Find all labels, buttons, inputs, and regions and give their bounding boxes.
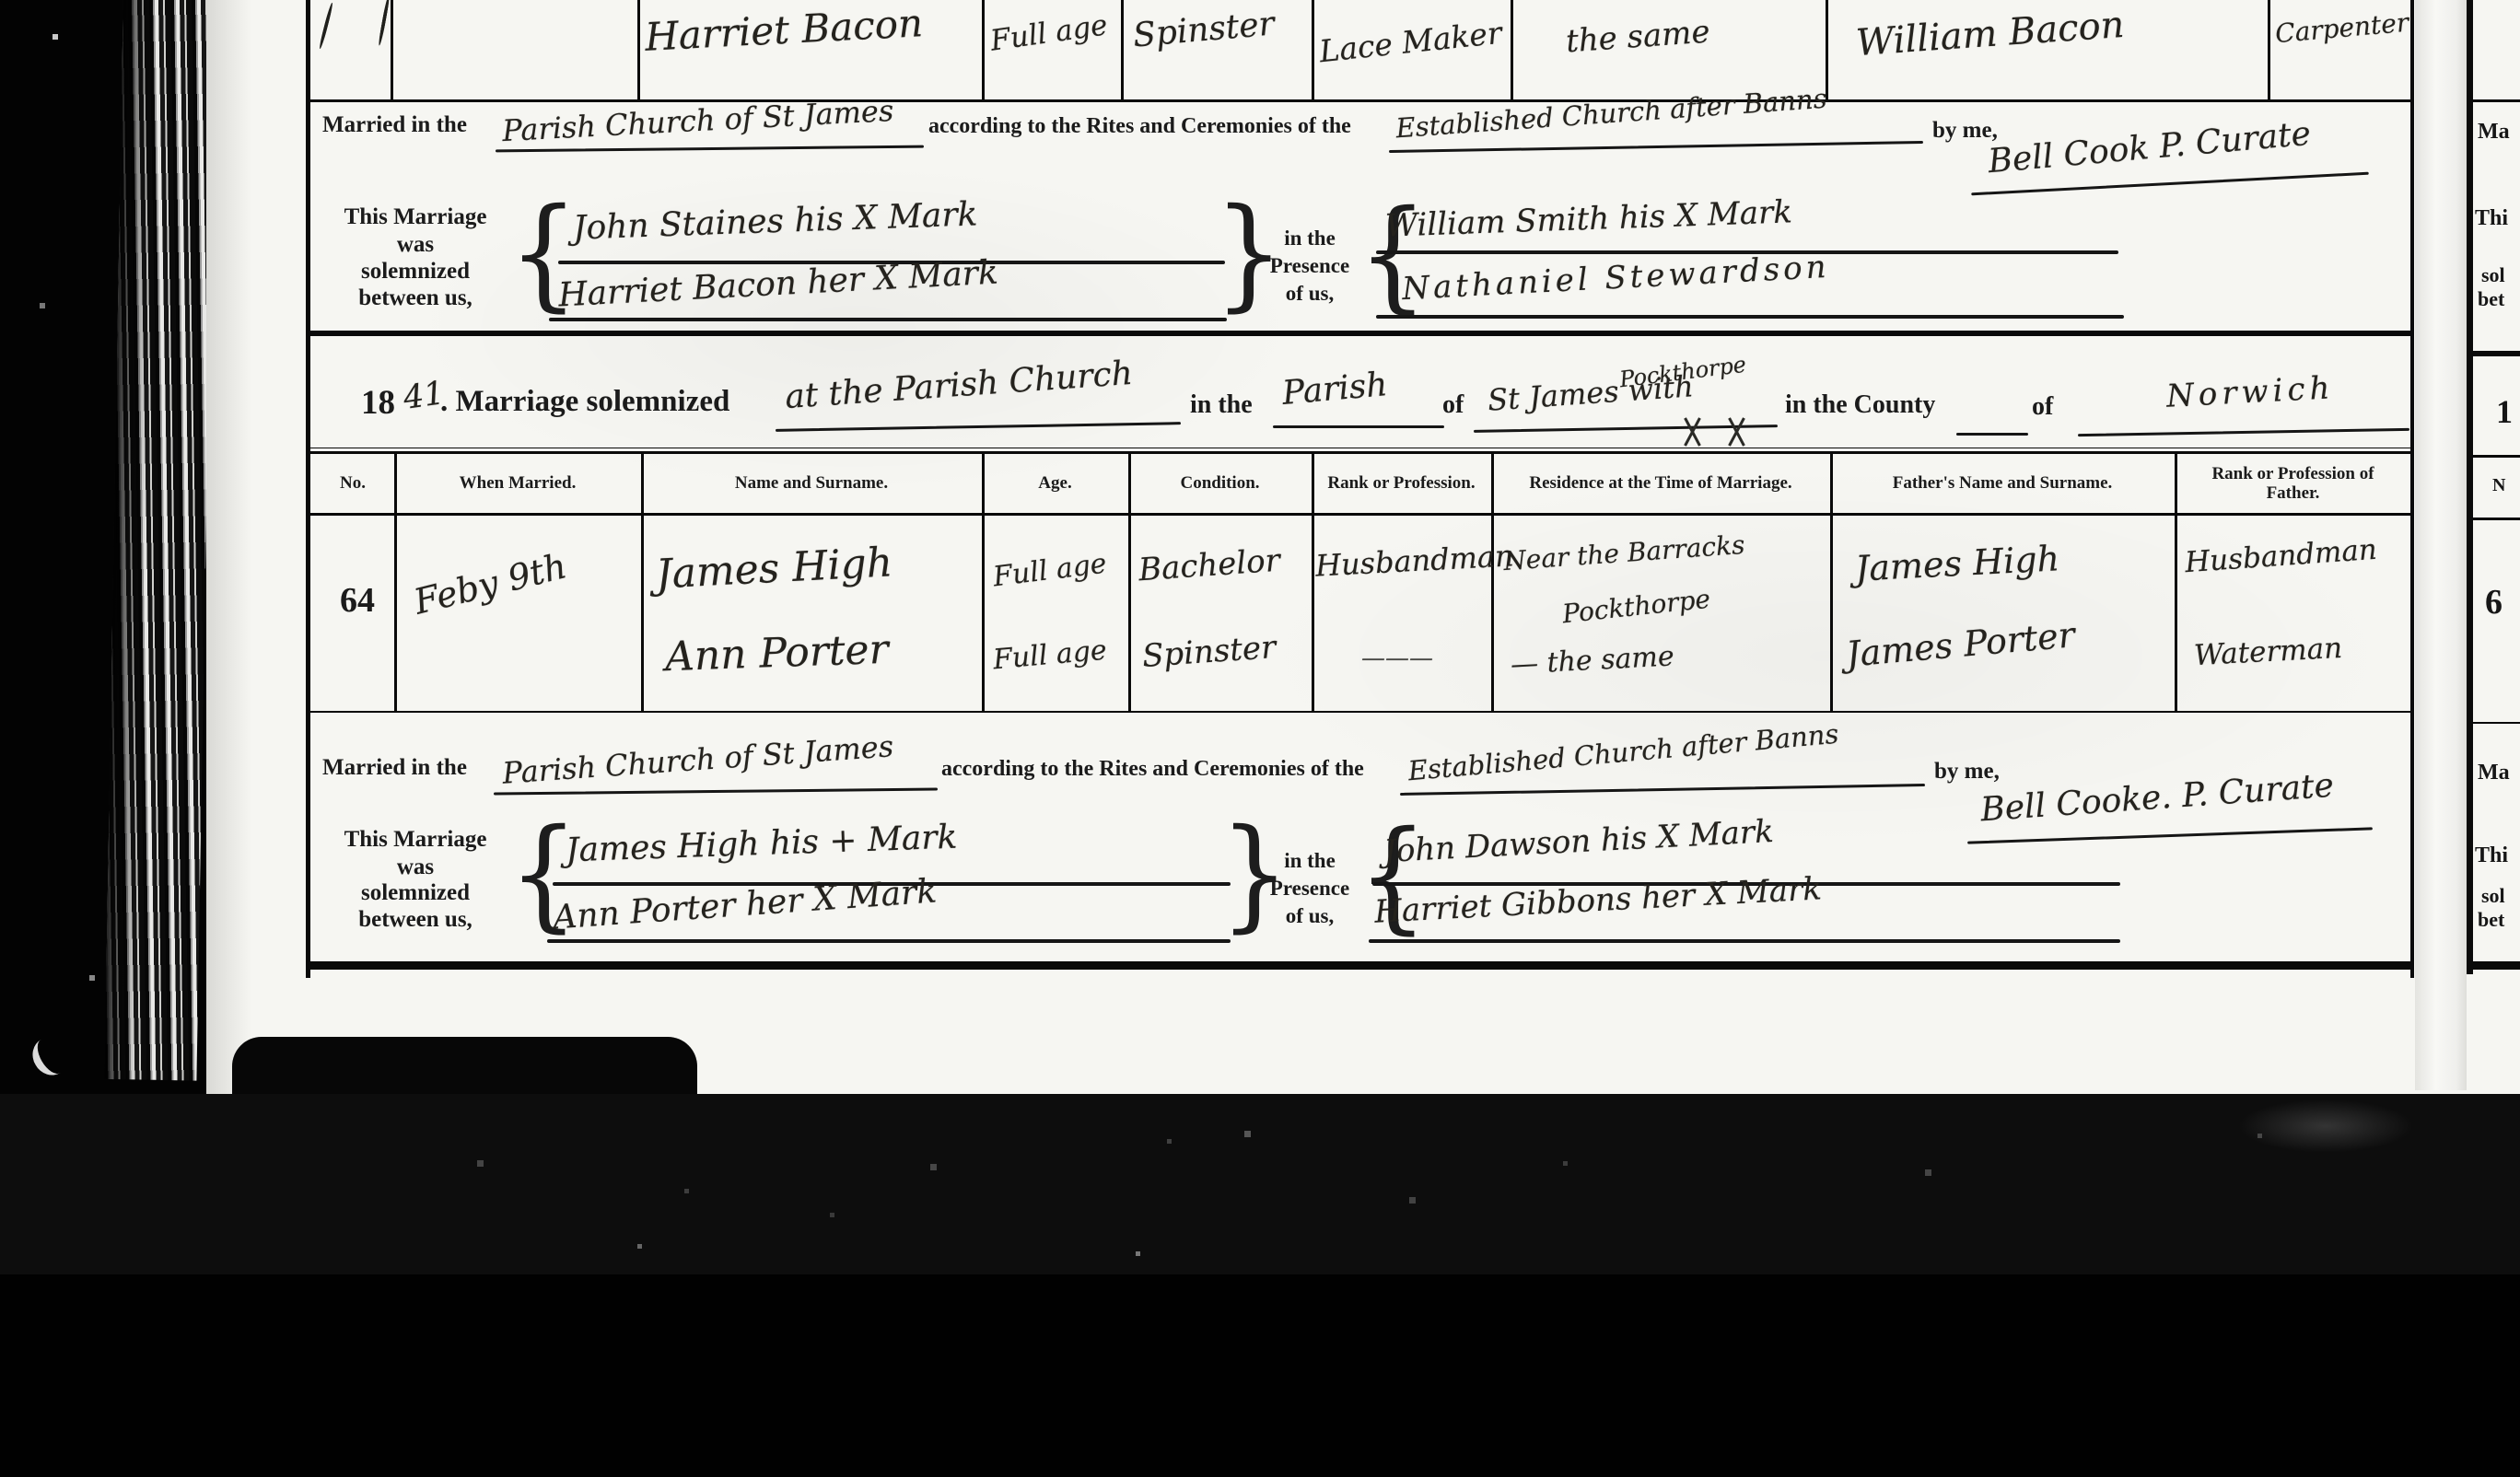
book-edge-glow — [2238, 1099, 2413, 1153]
header-rank-profession: Rank or Profession. — [1312, 453, 1491, 513]
col-divider — [637, 0, 640, 99]
header-father-name: Father's Name and Surname. — [1830, 453, 2175, 513]
right-page-fragment: Thi — [2475, 843, 2508, 868]
presence-label: in the — [1258, 227, 1361, 250]
solemnized-label: was — [315, 232, 516, 258]
header-age: Age. — [982, 453, 1128, 513]
header-no: No. — [311, 453, 394, 513]
header-father-profession: Rank or Profession of Father. — [2175, 453, 2411, 513]
bottom-black-band — [0, 1274, 2520, 1477]
right-page-fragment: Ma — [2478, 120, 2510, 145]
right-page-rule — [2473, 961, 2520, 970]
entry-bottom-rule — [310, 961, 2411, 970]
col-divider — [391, 0, 393, 99]
table-top-rule — [310, 448, 2411, 448]
heading-title: . Marriage solemnized — [440, 385, 729, 419]
col-divider — [1511, 0, 1513, 99]
right-page-fragment: bet — [2478, 287, 2504, 311]
presence-label: Presence — [1258, 877, 1361, 901]
solemnized-label: solemnized — [315, 259, 516, 285]
blank-underline — [1956, 433, 2028, 436]
col-divider — [394, 453, 397, 711]
entry-separator-rule — [310, 331, 2411, 336]
row-bride-profession: ——— — [1361, 645, 1433, 672]
col-divider — [2268, 0, 2270, 99]
solemnized-label: solemnized — [315, 880, 516, 906]
right-page-fragment: Ma — [2478, 761, 2510, 785]
row-bottom-rule — [310, 711, 2411, 713]
paper-left-shade — [206, 0, 263, 1094]
right-page-fragment: 6 — [2485, 582, 2502, 622]
col-divider — [1128, 453, 1131, 711]
scan-speckles-bottom — [0, 0, 3, 3]
right-page-rule — [2473, 99, 2520, 102]
right-page-fragment: 1 — [2496, 392, 2513, 431]
right-page-rule — [2473, 518, 2520, 520]
heading-of: of — [1442, 390, 1464, 420]
heading-of: of — [2032, 392, 2053, 422]
solemnized-label: This Marriage — [315, 827, 516, 853]
right-page-left-border — [2467, 0, 2473, 974]
presence-label: of us, — [1258, 282, 1361, 306]
heading-year-printed: 18 — [361, 383, 395, 423]
row-number: 64 — [324, 580, 391, 621]
col-divider — [1312, 453, 1314, 711]
right-page-rule — [2473, 722, 2520, 724]
right-page-rule — [2473, 351, 2520, 356]
signature-underline — [549, 318, 1227, 321]
col-divider — [641, 453, 644, 711]
rites-label: according to the Rites and Ceremonies of… — [941, 757, 1364, 782]
by-me-label: by me, — [1934, 759, 2000, 785]
row-bottom-rule — [310, 99, 2411, 102]
rites-label: according to the Rites and Ceremonies of… — [928, 114, 1351, 139]
right-page-rule — [2473, 455, 2520, 458]
signature-underline — [1376, 315, 2124, 319]
presence-label: of us, — [1258, 904, 1361, 928]
heading-in-the: in the — [1190, 390, 1253, 420]
presence-label: in the — [1258, 849, 1361, 873]
header-condition: Condition. — [1128, 453, 1312, 513]
right-page-fragment: sol — [2481, 263, 2505, 287]
col-divider — [982, 453, 985, 711]
married-in-label: Married in the — [322, 755, 467, 781]
form-left-border — [306, 0, 310, 978]
right-page-fragment: Thi — [2475, 206, 2508, 231]
book-fore-edge — [104, 0, 216, 1081]
signature-underline — [547, 939, 1231, 943]
bottom-dark-band — [0, 1094, 2520, 1274]
solemnized-label: between us, — [315, 907, 516, 933]
col-divider — [1312, 0, 1314, 99]
married-in-label: Married in the — [322, 112, 467, 138]
row-bride-name: Ann Porter — [664, 626, 889, 680]
solemnized-label: between us, — [315, 285, 516, 311]
col-divider — [1491, 453, 1494, 711]
header-when-married: When Married. — [394, 453, 641, 513]
solemnized-label: was — [315, 855, 516, 880]
by-me-label: by me, — [1932, 118, 1998, 144]
header-bottom-rule — [310, 513, 2411, 516]
signature-underline — [1369, 939, 2120, 943]
col-divider — [982, 0, 985, 99]
register-scan: Harriet Bacon Full age Spinster Lace Mak… — [0, 0, 2520, 1477]
header-name-surname: Name and Surname. — [641, 453, 982, 513]
scanner-mark-crescent — [26, 1030, 76, 1081]
right-page-fragment: sol — [2481, 884, 2505, 908]
solemnized-label: This Marriage — [315, 204, 516, 230]
presence-label: Presence — [1258, 254, 1361, 278]
right-page-fragment: N — [2492, 475, 2505, 496]
right-page-fragment: bet — [2478, 908, 2504, 932]
heading-county-label: in the County — [1785, 390, 1935, 420]
col-divider — [1121, 0, 1124, 99]
col-divider — [2175, 453, 2177, 711]
blank-underline — [1273, 425, 1444, 428]
col-divider — [1830, 453, 1833, 711]
header-residence: Residence at the Time of Marriage. — [1491, 453, 1830, 513]
page-gutter — [2415, 0, 2467, 1090]
